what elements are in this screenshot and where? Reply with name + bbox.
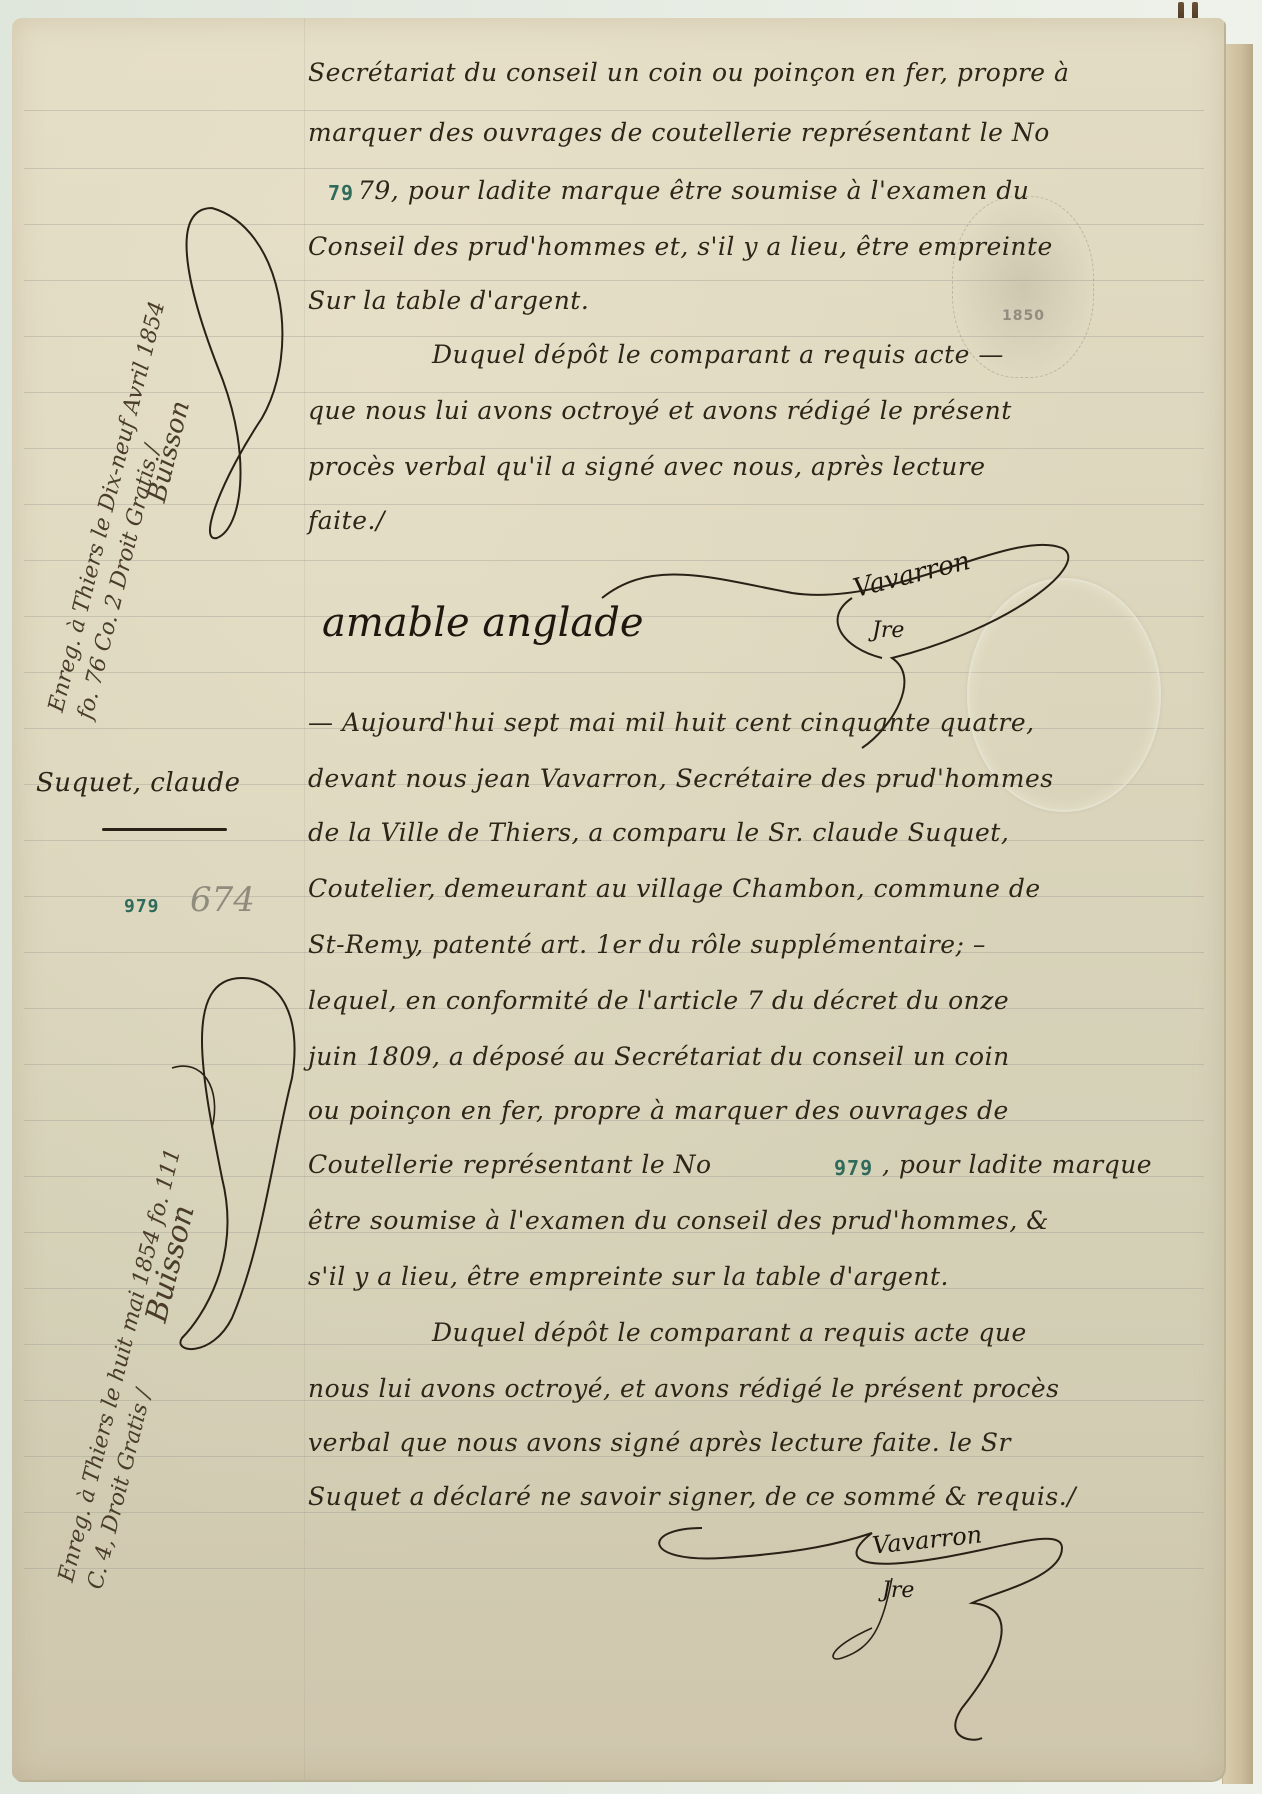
text-line: lequel, en conformité de l'article 7 du … — [308, 986, 1228, 1015]
mark-number-stamp: 79 — [328, 181, 354, 205]
margin-number-stamp: 979 — [124, 896, 160, 917]
text-line: Suquet a déclaré ne savoir signer, de ce… — [308, 1482, 1228, 1511]
text-line: verbal que nous avons signé après lectur… — [308, 1428, 1228, 1457]
text-line: s'il y a lieu, être empreinte sur la tab… — [308, 1262, 1228, 1291]
text-line: devant nous jean Vavarron, Secrétaire de… — [308, 764, 1228, 793]
text-line: 79, pour ladite marque être soumise à l'… — [358, 176, 1262, 205]
text-line: que nous lui avons octroyé et avons rédi… — [308, 396, 1228, 425]
text-line: Conseil des prud'hommes et, s'il y a lie… — [308, 232, 1228, 261]
text-line: Coutelier, demeurant au village Chambon,… — [308, 874, 1228, 903]
text-line: Sur la table d'argent. — [308, 286, 1228, 315]
text-line: marquer des ouvrages de coutellerie repr… — [308, 118, 1228, 147]
text-line: — Aujourd'hui sept mai mil huit cent cin… — [308, 708, 1228, 737]
signature-flourish — [642, 1508, 1082, 1748]
margin-entry-name: Suquet, claude — [36, 768, 240, 798]
text-line: Secrétariat du conseil un coin ou poinço… — [308, 58, 1228, 87]
text-line: faite./ — [308, 506, 1228, 535]
text-line: Duquel dépôt le comparant a requis acte … — [432, 1318, 1262, 1347]
text-line: Coutellerie représentant le No — [308, 1150, 712, 1179]
text-line: Duquel dépôt le comparant a requis acte … — [432, 340, 1262, 369]
text-line: nous lui avons octroyé, et avons rédigé … — [308, 1374, 1228, 1403]
margin-rule — [304, 18, 305, 1780]
mark-number-stamp: 979 — [834, 1156, 873, 1180]
text-line: ou poinçon en fer, propre à marquer des … — [308, 1096, 1228, 1125]
register-page: 1850 Secrétariat du conseil un coin ou p… — [12, 18, 1224, 1780]
text-line: , pour ladite marque — [882, 1150, 1152, 1179]
text-line: juin 1809, a déposé au Secrétariat du co… — [308, 1042, 1228, 1071]
text-line: de la Ville de Thiers, a comparu le Sr. … — [308, 818, 1228, 847]
text-line: St-Remy, patenté art. 1er du rôle supplé… — [308, 930, 1228, 959]
text-line: procès verbal qu'il a signé avec nous, a… — [308, 452, 1228, 481]
text-line: être soumise à l'examen du conseil des p… — [308, 1206, 1228, 1235]
margin-flourish — [162, 198, 302, 558]
margin-flourish — [142, 958, 302, 1378]
entry-name-underline — [102, 828, 227, 831]
